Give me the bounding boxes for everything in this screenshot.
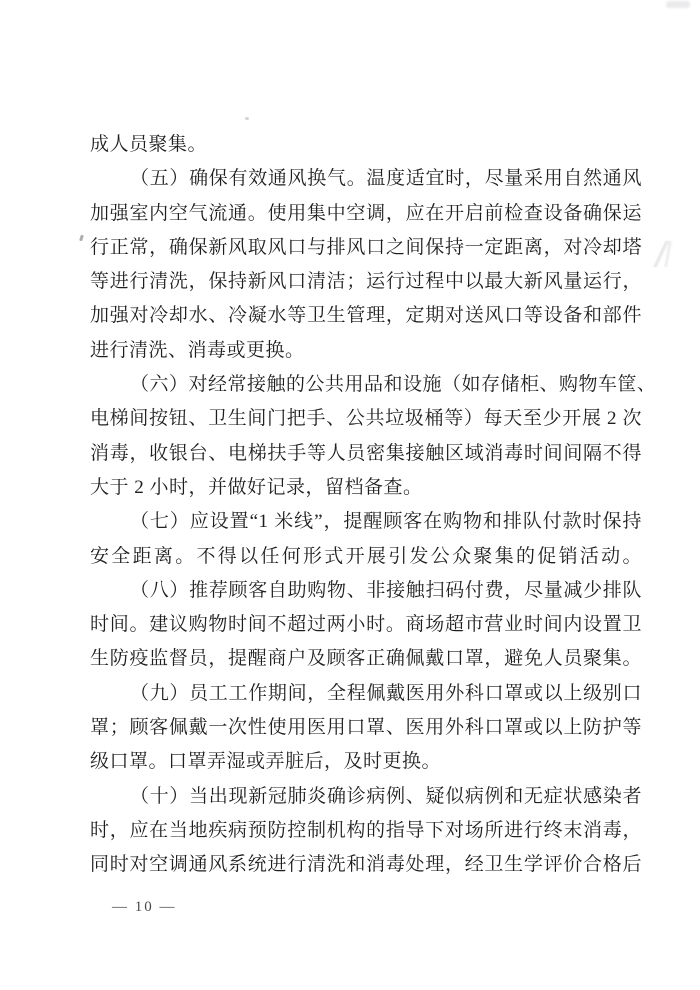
page-number: — 10 —: [112, 896, 177, 918]
text-line: 级口罩。口罩弄湿或弄脏后，及时更换。: [90, 745, 642, 779]
text-line: 同时对空调通风系统进行清洗和消毒处理，经卫生学评价合格后: [90, 848, 642, 882]
text-line: （七）应设置“1 米线”，提醒顾客在购物和排队付款时保持: [90, 505, 642, 539]
text-line: （六）对经常接触的公共用品和设施（如存储柜、购物车筐、: [90, 368, 642, 402]
text-line: 加强对冷却水、冷凝水等卫生管理，定期对送风口等设备和部件: [90, 299, 642, 333]
text-line: 消毒，收银台、电梯扶手等人员密集接触区域消毒时间间隔不得: [90, 437, 642, 471]
text-line: （九）员工工作期间，全程佩戴医用外科口罩或以上级别口: [90, 677, 642, 711]
text-line: 电梯间按钮、卫生间门把手、公共垃圾桶等）每天至少开展 2 次: [90, 402, 642, 436]
text-line: （八）推荐顾客自助购物、非接触扫码付费，尽量减少排队: [90, 574, 642, 608]
text-line: （十）当出现新冠肺炎确诊病例、疑似病例和无症状感染者: [90, 780, 642, 814]
scan-artifact-smudge: [646, 241, 678, 267]
text-line: 时，应在当地疾病预防控制机构的指导下对场所进行终末消毒，: [90, 814, 642, 848]
text-line: 罩；顾客佩戴一次性使用医用口罩、医用外科口罩或以上防护等: [90, 711, 642, 745]
text-line: 生防疫监督员，提醒商户及顾客正确佩戴口罩，避免人员聚集。: [90, 642, 642, 676]
text-line: 进行清洗、消毒或更换。: [90, 334, 642, 368]
document-body: 成人员聚集。 （五）确保有效通风换气。温度适宜时，尽量采用自然通风 加强室内空气…: [90, 128, 642, 883]
document-page: 成人员聚集。 （五）确保有效通风换气。温度适宜时，尽量采用自然通风 加强室内空气…: [0, 0, 700, 990]
scan-artifact-speck: [79, 235, 84, 242]
scan-artifact-corner: [666, 1, 690, 8]
text-line: 大于 2 小时，并做好记录，留档备查。: [90, 471, 642, 505]
text-line: 安全距离。不得以任何形式开展引发公众聚集的促销活动。: [90, 540, 642, 574]
text-line: 行正常，确保新风取风口与排风口之间保持一定距离，对冷却塔: [90, 231, 642, 265]
scan-artifact-dot: [245, 117, 249, 120]
text-line: （五）确保有效通风换气。温度适宜时，尽量采用自然通风: [90, 162, 642, 196]
text-line: 时间。建议购物时间不超过两小时。商场超市营业时间内设置卫: [90, 608, 642, 642]
text-line: 加强室内空气流通。使用集中空调，应在开启前检查设备确保运: [90, 197, 642, 231]
text-line: 等进行清洗，保持新风口清洁；运行过程中以最大新风量运行，: [90, 265, 642, 299]
text-line: 成人员聚集。: [90, 128, 642, 162]
